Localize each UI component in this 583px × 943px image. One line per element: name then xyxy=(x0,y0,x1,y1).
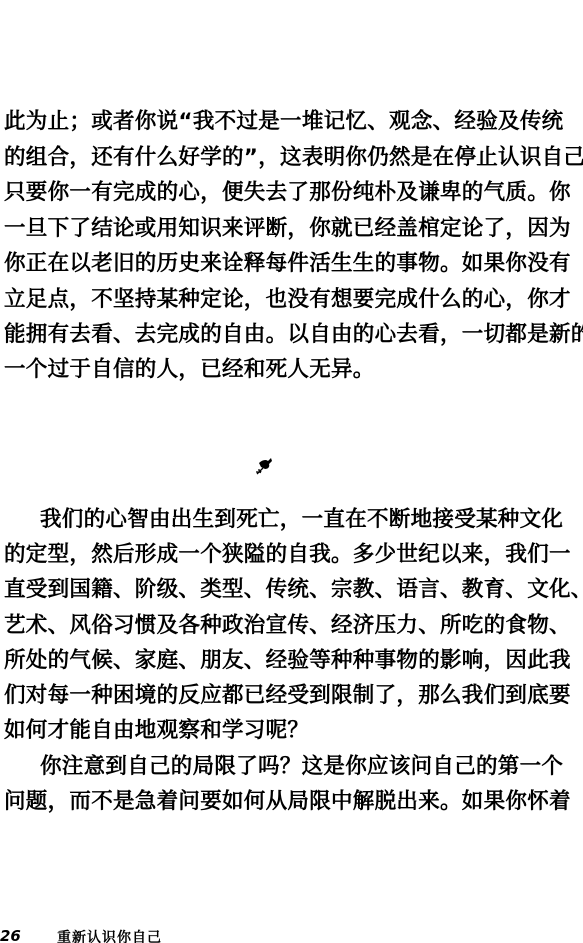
text-line: 一个过于自信的人，已经和死人无异。 xyxy=(4,358,375,382)
text-line: 问题，而不是急着问要如何从局限中解脱出来。如果你怀着 xyxy=(4,790,571,814)
running-footer-title: 重新认识你自己 xyxy=(57,927,162,943)
text-line: 艺术、风俗习惯及各种政治宣传、经济压力、所吃的食物、 xyxy=(4,614,571,638)
text-line: 的定型，然后形成一个狭隘的自我。多少世纪以来，我们一 xyxy=(4,543,571,567)
text-line: 一旦下了结论或用知识来评断，你就已经盖棺定论了，因为 xyxy=(4,217,571,241)
text-line: 我们的心智由出生到死亡，一直在不断地接受某种文化 xyxy=(40,508,563,532)
text-line: 你注意到自己的局限了吗？这是你应该问自己的第一个 xyxy=(40,755,563,779)
text-line: 的组合，还有什么好学的”，这表明你仍然是在停止认识自己。 xyxy=(4,146,583,170)
text-line: 立足点，不坚持某种定论，也没有想要完成什么的心，你才 xyxy=(4,288,571,312)
text-line: 如何才能自由地观察和学习呢？ xyxy=(4,719,309,743)
text-line: 能拥有去看、去完成的自由。以自由的心去看，一切都是新的。 xyxy=(4,323,583,347)
text-line: 所处的气候、家庭、朋友、经验等种种事物的影响，因此我 xyxy=(4,649,571,673)
text-line: 直受到国籍、阶级、类型、传统、宗教、语言、教育、文化、 xyxy=(4,578,583,602)
text-line: 你正在以老旧的历史来诠释每件活生生的事物。如果你没有 xyxy=(4,252,571,276)
page-number: 26 xyxy=(0,927,21,943)
text-line: 只要你一有完成的心，便失去了那份纯朴及谦卑的气质。你 xyxy=(4,181,571,205)
floral-ornament-icon xyxy=(253,455,275,477)
text-line: 们对每一种困境的反应都已经受到限制了，那么我们到底要 xyxy=(4,684,571,708)
text-line: 此为止；或者你说“我不过是一堆记忆、观念、经验及传统 xyxy=(4,110,563,134)
